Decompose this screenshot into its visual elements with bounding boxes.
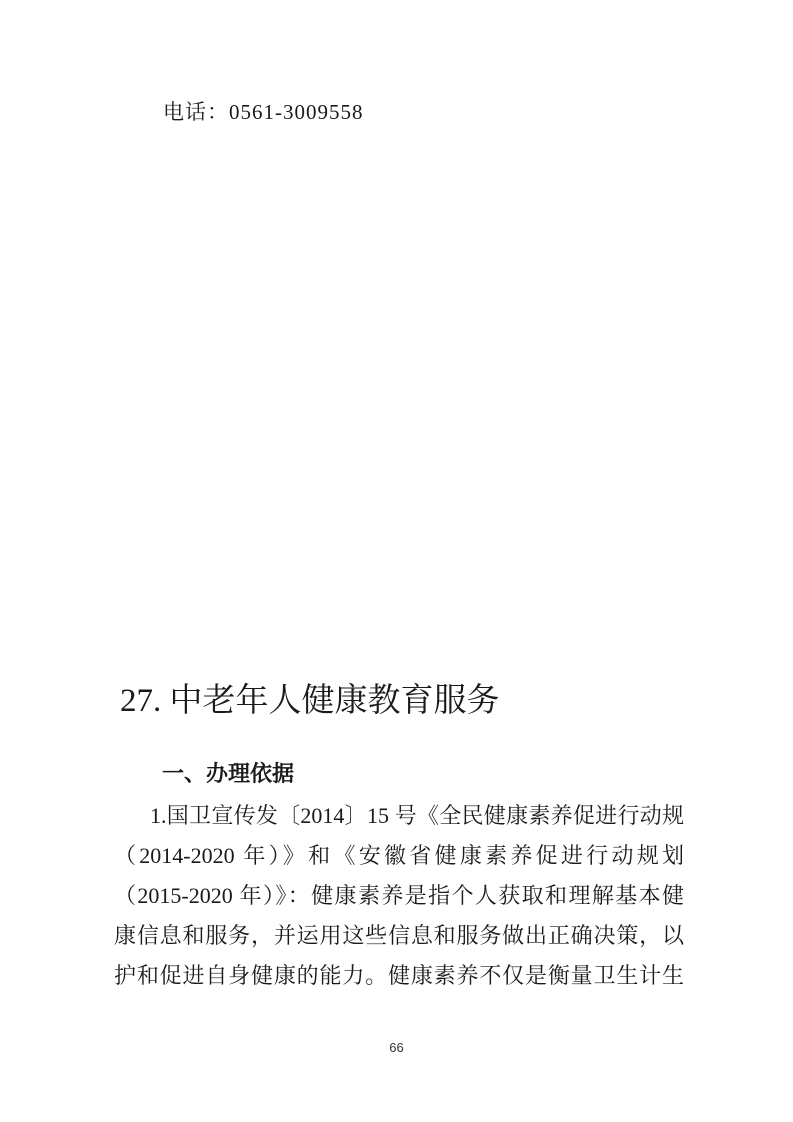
paragraph-line-4: 康信息和服务，并运用这些信息和服务做出正确决策，以维 xyxy=(114,916,684,956)
document-page: 电话：0561-3009558 27. 中老年人健康教育服务 一、办理依据 1.… xyxy=(0,0,793,1122)
paragraph-legal-basis: 1.国卫宣传发〔2014〕15 号《全民健康素养促进行动规划 （2014-202… xyxy=(114,796,684,996)
section-heading: 27. 中老年人健康教育服务 xyxy=(120,678,500,724)
page-number: 66 xyxy=(0,1039,793,1057)
paragraph-line-5: 护和促进自身健康的能力。健康素养不仅是衡量卫生计生工 xyxy=(114,956,684,996)
subsection-heading: 一、办理依据 xyxy=(162,759,294,789)
paragraph-line-3: （2015-2020 年）》：健康素养是指个人获取和理解基本健 xyxy=(114,876,684,916)
paragraph-line-1: 1.国卫宣传发〔2014〕15 号《全民健康素养促进行动规划 xyxy=(114,796,684,836)
phone-line: 电话：0561-3009558 xyxy=(163,97,364,127)
paragraph-line-2: （2014-2020 年）》和《安徽省健康素养促进行动规划 xyxy=(114,836,684,876)
